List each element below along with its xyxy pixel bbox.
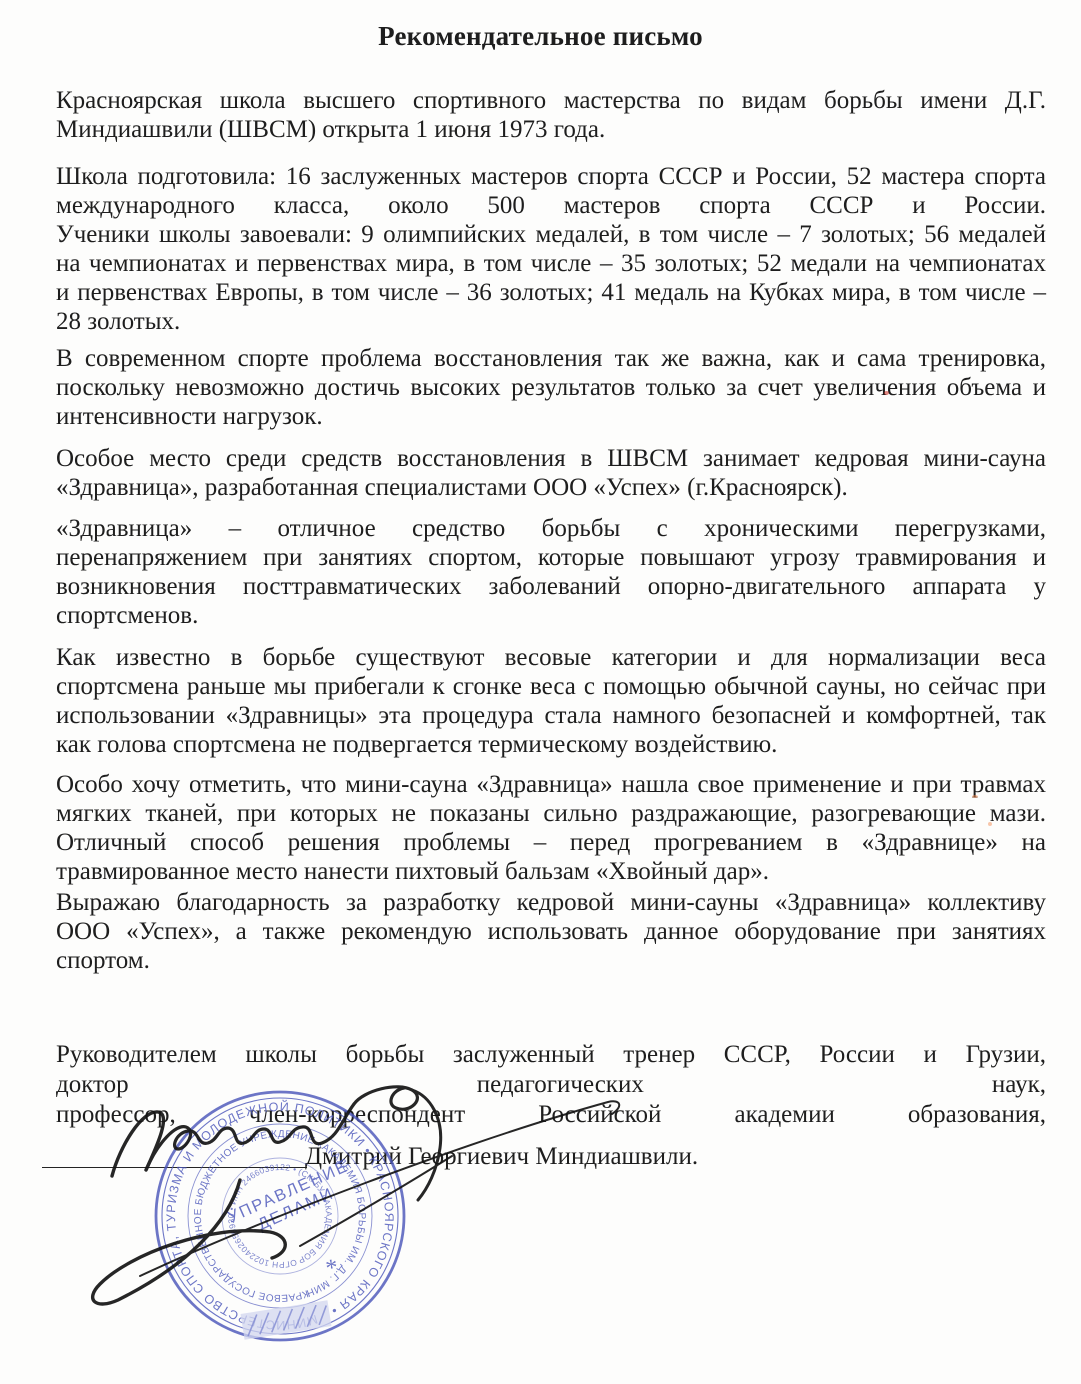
text-line: международного класса, около 500 мастеро… bbox=[56, 191, 1046, 220]
paragraph-6: Как известно в борьбе существуют весовые… bbox=[56, 643, 1046, 759]
text-line: Как известно в борьбе существуют весовые… bbox=[56, 643, 1046, 672]
text-line: спортом. bbox=[56, 946, 1046, 975]
signature-line bbox=[42, 1167, 307, 1168]
scan-speck bbox=[972, 795, 978, 798]
text-line: Выражаю благодарность за разработку кедр… bbox=[56, 888, 1046, 917]
paragraph-5: «Здравница» – отличное средство борьбы с… bbox=[56, 514, 1046, 630]
text-line: Миндиашвили (ШВСМ) открыта 1 июня 1973 г… bbox=[56, 115, 1046, 144]
text-line: ООО «Успех», а также рекомендую использо… bbox=[56, 917, 1046, 946]
text-line: Особое место среди средств восстановлени… bbox=[56, 444, 1046, 473]
page-title: Рекомендательное письмо bbox=[0, 20, 1081, 52]
paragraph-8: Выражаю благодарность за разработку кедр… bbox=[56, 888, 1046, 975]
text-line: Школа подготовила: 16 заслуженных мастер… bbox=[56, 162, 1046, 191]
signer-name: Дмитрий Георгиевич Миндиашвили. bbox=[305, 1142, 698, 1172]
text-line: Ученики школы завоевали: 9 олимпийских м… bbox=[56, 220, 1046, 249]
text-line: спортсменов. bbox=[56, 601, 1046, 630]
text-line: Особо хочу отметить, что мини-сауна «Здр… bbox=[56, 770, 1046, 799]
text-line: Отличный способ решения проблемы – перед… bbox=[56, 828, 1046, 857]
text-line: использовании «Здравницы» эта процедура … bbox=[56, 701, 1046, 730]
stamp-center-line-2: ДЕЛАМИ bbox=[255, 1184, 337, 1234]
text-line: поскольку невозможно достичь высоких рез… bbox=[56, 373, 1046, 402]
text-line: профессор, член-корреспондент Российской… bbox=[56, 1100, 1046, 1130]
paragraph-1: Красноярская школа высшего спортивного м… bbox=[56, 86, 1046, 144]
stamp-hatched-box bbox=[241, 1300, 332, 1339]
text-line: Красноярская школа высшего спортивного м… bbox=[56, 86, 1046, 115]
scan-speck bbox=[884, 391, 889, 395]
svg-text:КРАЕВОЕ ГОСУДАРСТВЕННОЕ БЮДЖЕТ: КРАЕВОЕ ГОСУДАРСТВЕННОЕ БЮДЖЕТНОЕ УЧРЕЖД… bbox=[168, 1104, 391, 1327]
paragraph-2: Школа подготовила: 16 заслуженных мастер… bbox=[56, 162, 1046, 336]
stamp-star: * bbox=[324, 1255, 340, 1282]
text-line: 28 золотых. bbox=[56, 307, 1046, 336]
stamp-middle-ring-text: КРАЕВОЕ ГОСУДАРСТВЕННОЕ БЮДЖЕТНОЕ УЧРЕЖД… bbox=[168, 1104, 391, 1327]
text-line: возникновения посттравматических заболев… bbox=[56, 572, 1046, 601]
paragraph-4: Особое место среди средств восстановлени… bbox=[56, 444, 1046, 502]
text-line: «Здравница», разработанная специалистами… bbox=[56, 473, 1046, 502]
letter-page: Рекомендательное письмо Красноярская шко… bbox=[0, 0, 1081, 1384]
paragraph-7: Особо хочу отметить, что мини-сауна «Здр… bbox=[56, 770, 1046, 886]
text-line: спортсмена раньше мы прибегали к сгонке … bbox=[56, 672, 1046, 701]
text-line: на чемпионатах и первенствах мира, в том… bbox=[56, 249, 1046, 278]
text-line: мягких тканей, при которых не показаны с… bbox=[56, 799, 1046, 828]
text-line: В современном спорте проблема восстановл… bbox=[56, 344, 1046, 373]
text-line: доктор педагогических наук, bbox=[56, 1070, 1046, 1100]
text-line: и первенствах Европы, в том числе – 36 з… bbox=[56, 278, 1046, 307]
text-line: как голова спортсмена не подвергается те… bbox=[56, 730, 1046, 759]
text-line: «Здравница» – отличное средство борьбы с… bbox=[56, 514, 1046, 543]
text-line: перенапряжением при занятиях спортом, ко… bbox=[56, 543, 1046, 572]
paragraph-3: В современном спорте проблема восстановл… bbox=[56, 344, 1046, 431]
text-line: травмированное место нанести пихтовый ба… bbox=[56, 857, 1046, 886]
text-line: Руководителем школы борьбы заслуженный т… bbox=[56, 1040, 1046, 1070]
scan-speck bbox=[988, 822, 992, 826]
text-line: интенсивности нагрузок. bbox=[56, 402, 1046, 431]
closing-paragraph: Руководителем школы борьбы заслуженный т… bbox=[56, 1040, 1046, 1130]
